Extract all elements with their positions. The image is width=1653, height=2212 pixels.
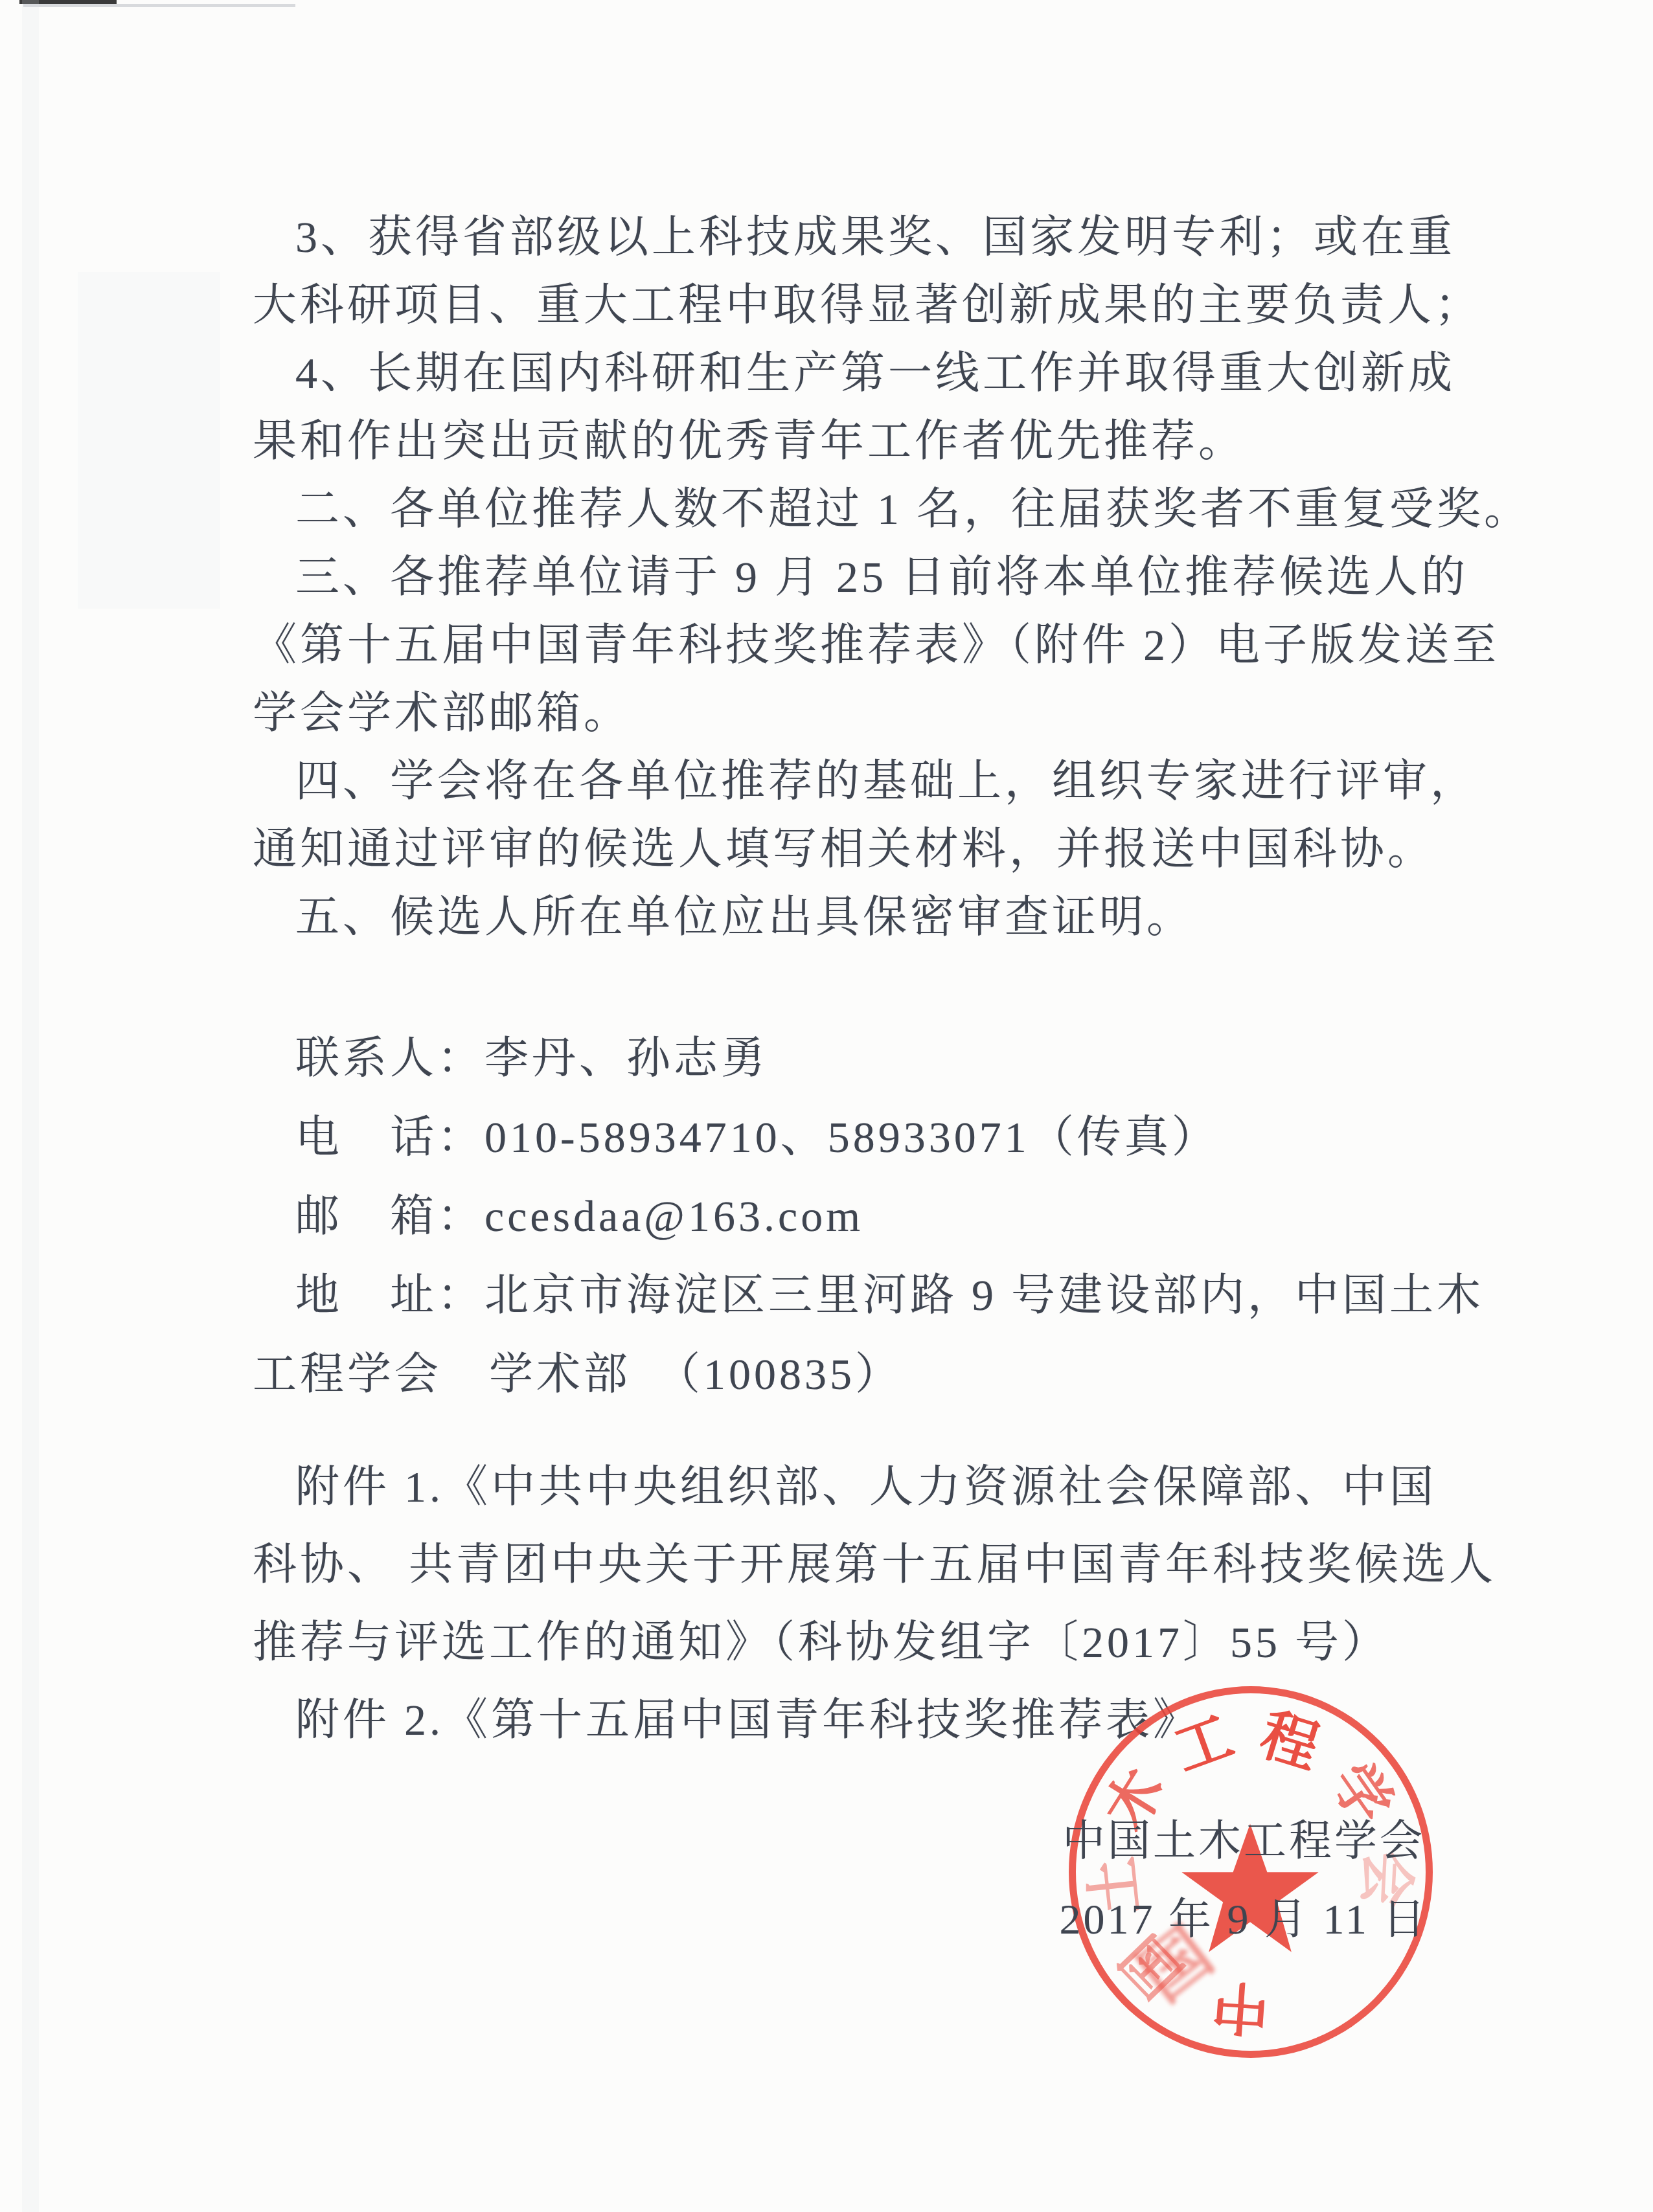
contact-address-line2: 工程学会 学术部 （100835） xyxy=(253,1331,1412,1410)
attachment-line: 科协、 共青团中央关于开展第十五届中国青年科技奖候选人 xyxy=(253,1522,1412,1599)
contact-phone-line: 电 话：010-58934710、58933071（传真） xyxy=(253,1094,1412,1173)
contact-email-line: 邮 箱：ccesdaa@163.com xyxy=(253,1173,1412,1252)
text-line: 4、长期在国内科研和生产第一线工作并取得重大创新成 xyxy=(253,335,1412,403)
scan-artifact-left-band xyxy=(22,0,39,2212)
scanned-document-page: 3、获得省部级以上科技成果奖、国家发明专利；或在重 大科研项目、重大工程中取得显… xyxy=(0,0,1653,2212)
text-line: 通知通过评审的候选人填写相关材料，并报送中国科协。 xyxy=(253,811,1412,879)
text-line: 《第十五届中国青年科技奖推荐表》（附件 2）电子版发送至 xyxy=(253,607,1412,675)
text-line: 二、各单位推荐人数不超过 1 名，往届获奖者不重复受奖。 xyxy=(253,471,1412,539)
scan-artifact-smudge xyxy=(78,272,220,609)
text-line: 大科研项目、重大工程中取得显著创新成果的主要负责人； xyxy=(253,267,1412,335)
signature-date: 2017 年 9 月 11 日 xyxy=(1030,1876,1457,1954)
text-line: 四、学会将在各单位推荐的基础上，组织专家进行评审， xyxy=(253,743,1412,811)
attachment-line: 推荐与评选工作的通知》（科协发组字〔2017〕55 号） xyxy=(253,1599,1412,1677)
signature-block: 中国土木工程学会 2017 年 9 月 11 日 xyxy=(1030,1798,1457,1954)
contact-info: 联系人：李丹、孙志勇 电 话：010-58934710、58933071（传真）… xyxy=(253,1015,1412,1410)
text-line: 五、候选人所在单位应出具保密审查证明。 xyxy=(253,879,1412,947)
text-line: 果和作出突出贡献的优秀青年工作者优先推荐。 xyxy=(253,403,1412,471)
text-line: 3、获得省部级以上科技成果奖、国家发明专利；或在重 xyxy=(253,199,1412,267)
text-line: 三、各推荐单位请于 9 月 25 日前将本单位推荐候选人的 xyxy=(253,539,1412,607)
signature-org: 中国土木工程学会 xyxy=(1030,1798,1457,1876)
scan-artifact-top-strip-light xyxy=(23,4,295,7)
contact-address-line: 地 址：北京市海淀区三里河路 9 号建设部内，中国土木 xyxy=(253,1252,1412,1331)
text-line: 学会学术部邮箱。 xyxy=(253,675,1412,743)
attachment-line: 附件 1.《中共中央组织部、人力资源社会保障部、中国 xyxy=(253,1444,1412,1522)
document-body: 3、获得省部级以上科技成果奖、国家发明专利；或在重 大科研项目、重大工程中取得显… xyxy=(253,199,1412,947)
contact-person-line: 联系人：李丹、孙志勇 xyxy=(253,1015,1412,1094)
